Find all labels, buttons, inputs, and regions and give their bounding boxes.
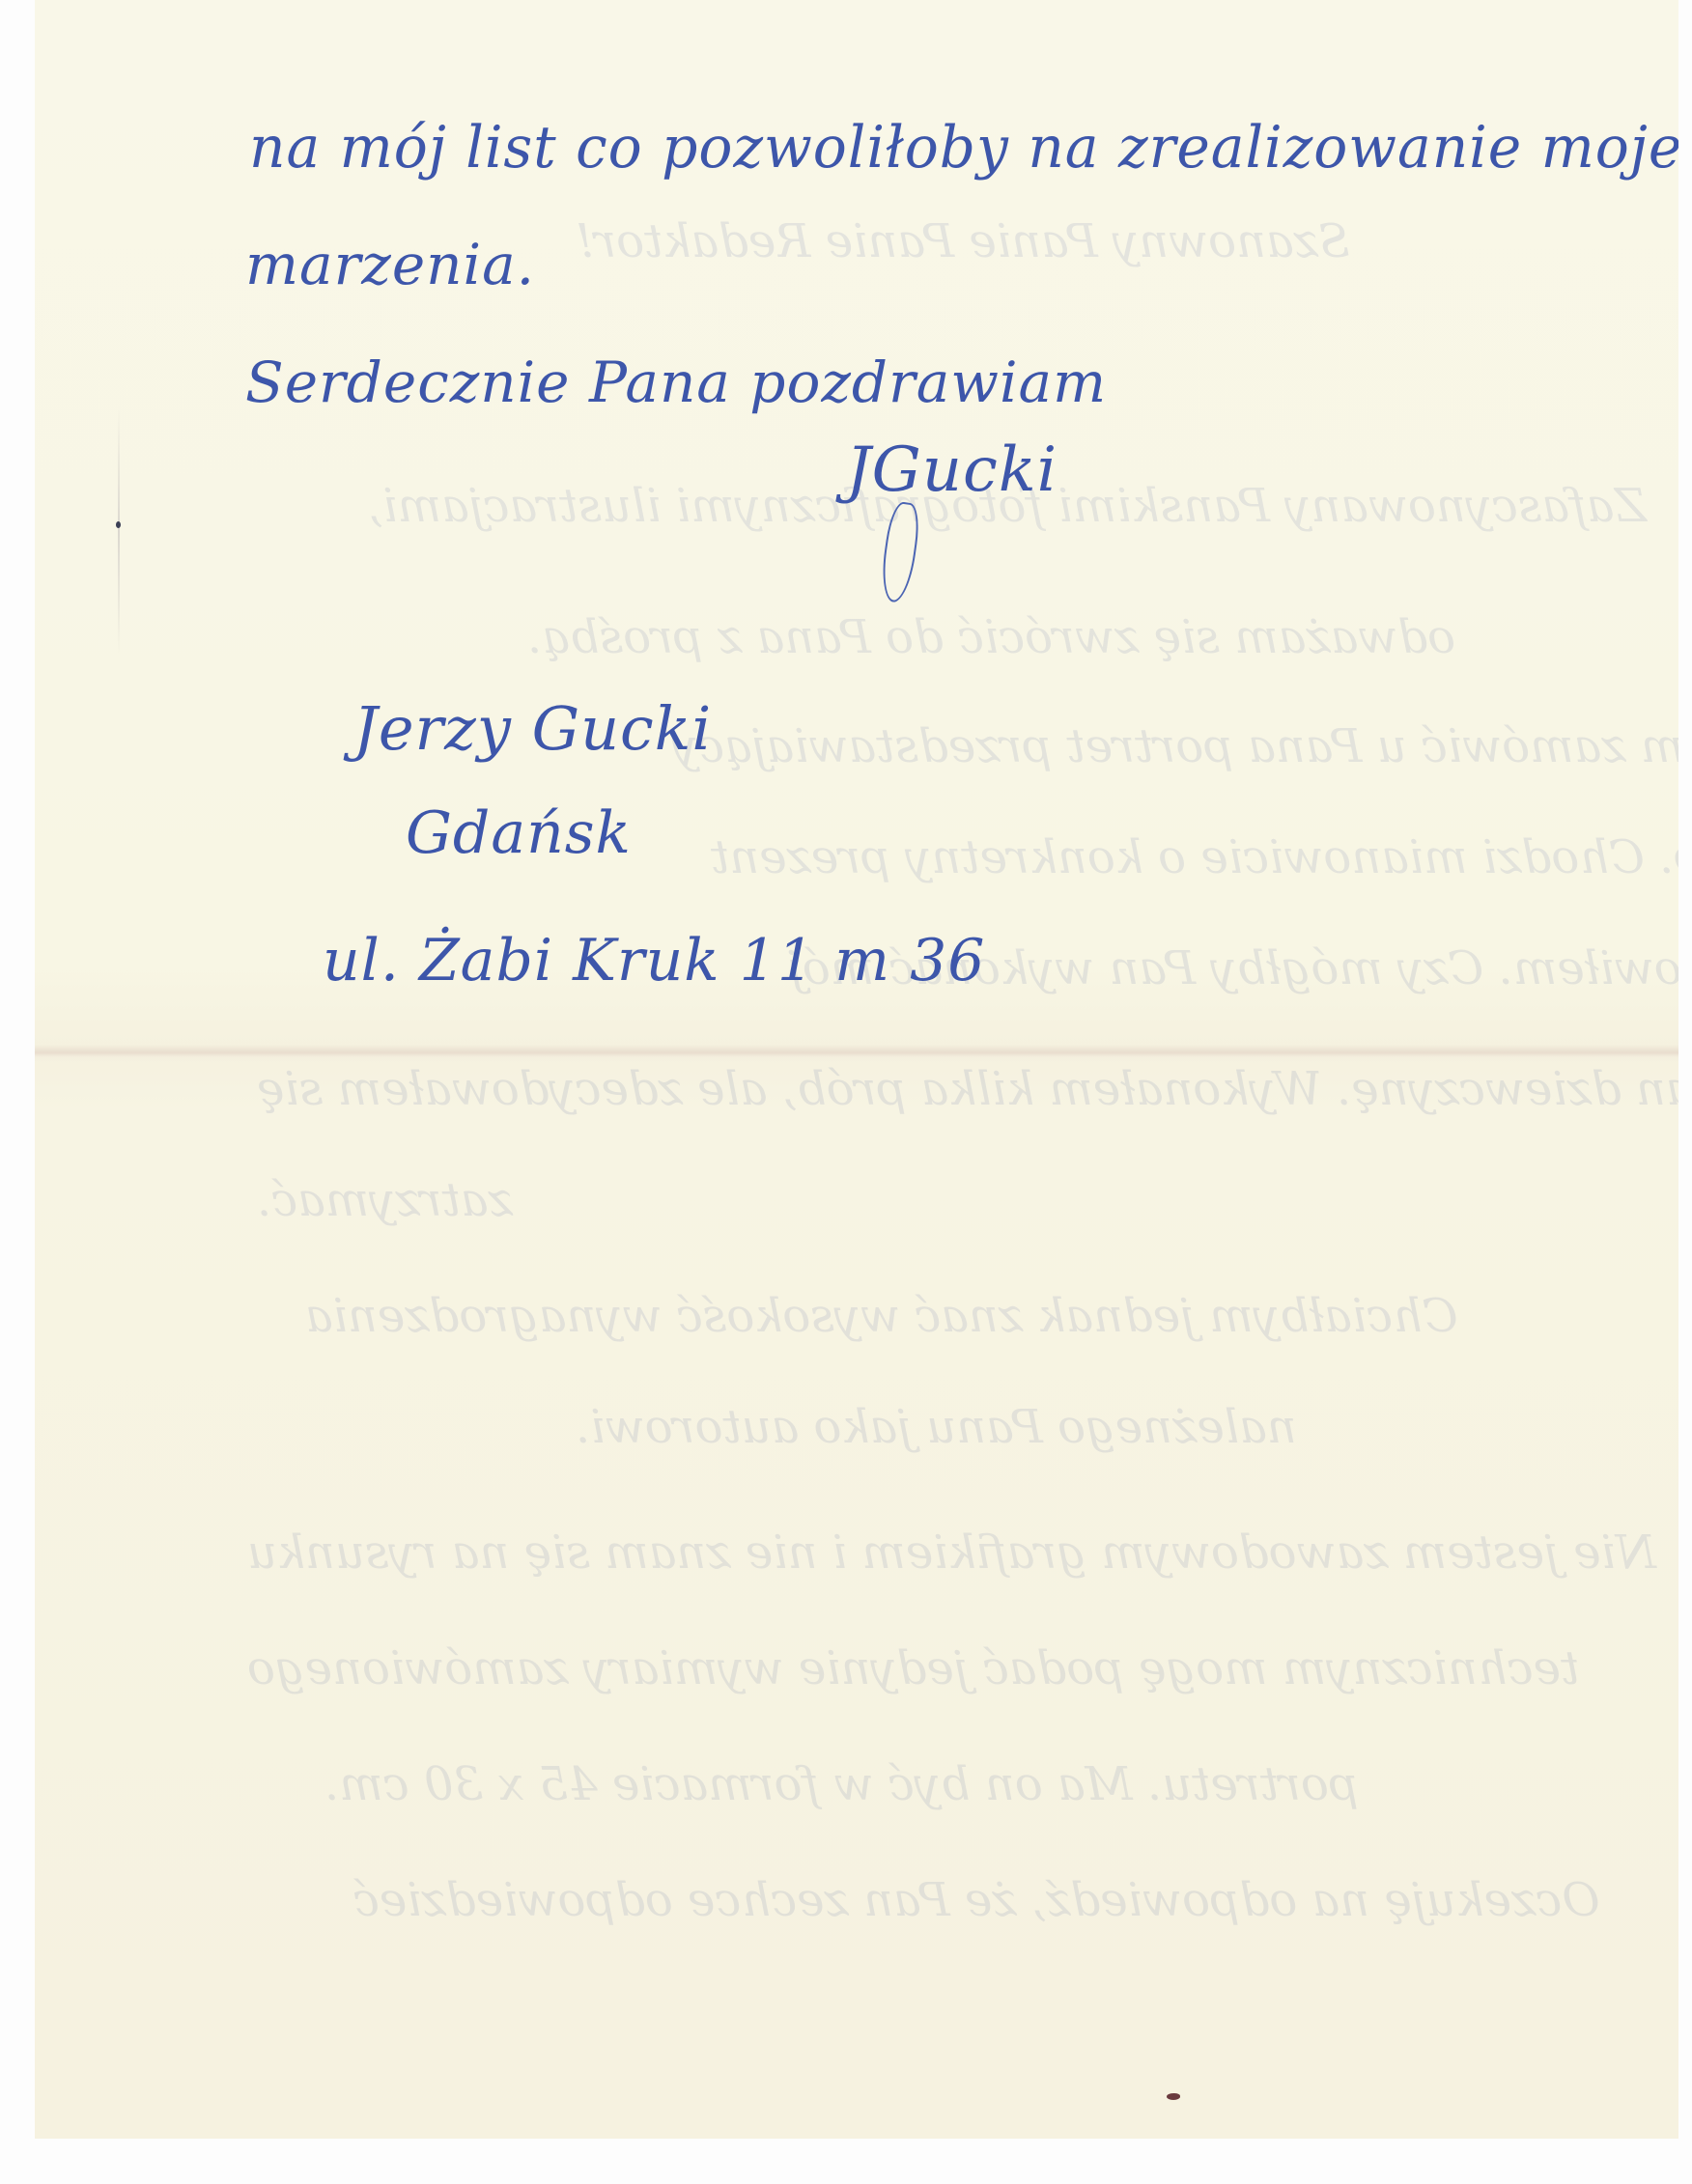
bleed-through-line: zatrzymać. bbox=[257, 1173, 513, 1227]
ink-spot bbox=[116, 521, 121, 528]
fold-line bbox=[35, 1045, 1678, 1062]
sender-name: Jerzy Gucki bbox=[353, 693, 712, 764]
ink-spot bbox=[1167, 2093, 1180, 2100]
bleed-through-line: Chciałbym jednak znać wysokość wynagrodz… bbox=[305, 1289, 1458, 1343]
paper-crease bbox=[118, 406, 120, 657]
bleed-through-line: Pan dziewczynę. Wykonałem kilka prób, al… bbox=[257, 1062, 1678, 1116]
letter-body-line: marzenia. bbox=[245, 232, 535, 297]
bleed-through-line: należnego Panu jako autorowi. bbox=[576, 1400, 1297, 1454]
bleed-through-line: Nie jestem zawodowym grafikiem i nie zna… bbox=[247, 1526, 1656, 1580]
sender-address: ul. Żabi Kruk 11 m 36 bbox=[323, 927, 985, 994]
bleed-through-line: odważam się zwrócić do Pana z prośbą. bbox=[527, 610, 1455, 664]
bleed-through-line: Szanowny Panie Panie Redaktor! bbox=[576, 214, 1350, 268]
bleed-through-line: portretu. Ma on być w formacie 45 x 30 c… bbox=[324, 1757, 1359, 1811]
sender-city: Gdańsk bbox=[406, 799, 632, 867]
closing-greeting: Serdecznie Pana pozdrawiam bbox=[245, 350, 1107, 415]
bleed-through-line: Chciałbym zamówić u Pana portret przedst… bbox=[672, 719, 1678, 773]
signature: JGucki bbox=[846, 434, 1057, 506]
bleed-through-line: technicznym mogę podać jedynie wymiary z… bbox=[247, 1641, 1579, 1695]
bleed-through-line: zakochanego. Chodzi mianowicie o konkret… bbox=[711, 830, 1678, 884]
letter-body-line: na mój list co pozwoliłoby na zrealizowa… bbox=[249, 114, 1678, 182]
letter-paper: Szanowny Panie Panie Redaktor! Zafascyno… bbox=[35, 0, 1678, 2139]
bleed-through-line: Oczekuję na odpowiedź, że Pan zechce odp… bbox=[353, 1873, 1600, 1927]
